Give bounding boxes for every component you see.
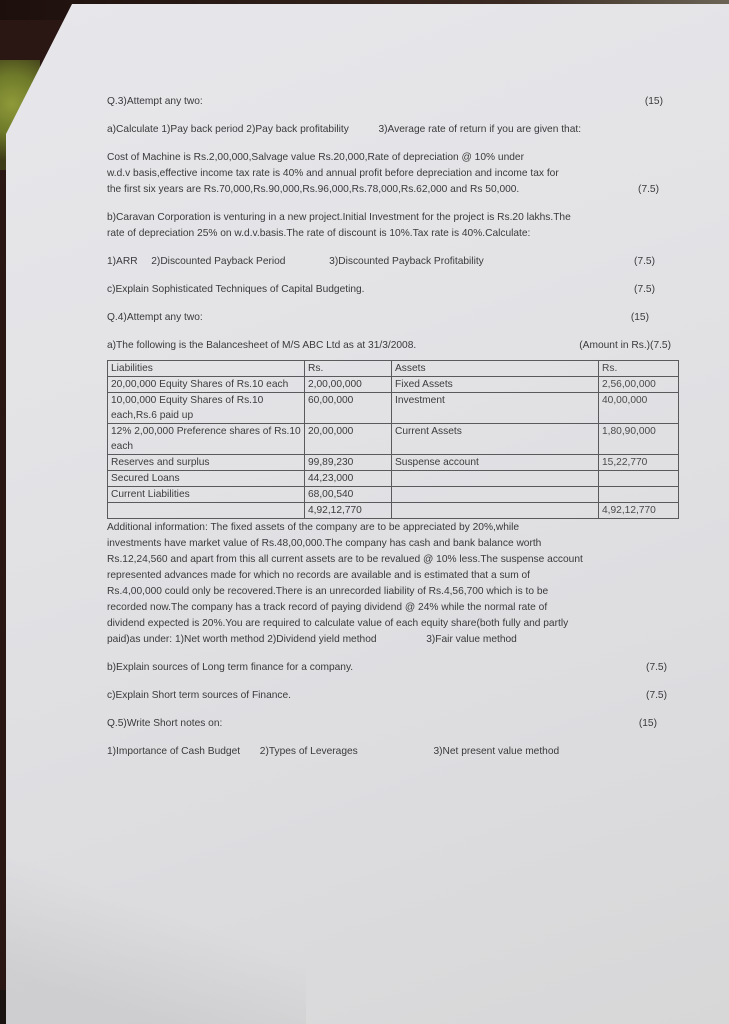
table-row: 20,00,000 Equity Shares of Rs.10 each2,0… (108, 377, 679, 393)
q3c-marks: (7.5) (634, 282, 655, 298)
q4b-row: b)Explain sources of Long term finance f… (107, 660, 677, 676)
balance-sheet-table: Liabilities Rs. Assets Rs. 20,00,000 Equ… (107, 360, 679, 519)
asset-amount (599, 471, 679, 487)
q3c-text: c)Explain Sophisticated Techniques of Ca… (107, 284, 365, 295)
asset-amount: 1,80,90,000 (599, 424, 679, 455)
liability-name: Secured Loans (108, 471, 305, 487)
header-liabilities: Liabilities (108, 361, 305, 377)
q3b-marks: (7.5) (634, 254, 655, 270)
q3c-row: c)Explain Sophisticated Techniques of Ca… (107, 282, 677, 298)
asset-amount: 4,92,12,770 (599, 503, 679, 519)
liability-amount: 2,00,00,000 (305, 377, 392, 393)
asset-name (392, 503, 599, 519)
header-liabilities-amount: Rs. (305, 361, 392, 377)
q3a-items-1-2: a)Calculate 1)Pay back period 2)Pay back… (107, 124, 349, 135)
asset-amount: 15,22,770 (599, 455, 679, 471)
q3b-text-line-2: rate of depreciation 25% on w.d.v.basis.… (107, 226, 677, 242)
liability-name (108, 503, 305, 519)
q3a-instruction: a)Calculate 1)Pay back period 2)Pay back… (107, 122, 677, 138)
q5-marks: (15) (639, 716, 657, 732)
q4a-marks: (Amount in Rs.)(7.5) (579, 338, 671, 354)
table-header-row: Liabilities Rs. Assets Rs. (108, 361, 679, 377)
q5-items: 1)Importance of Cash Budget 2)Types of L… (107, 744, 677, 760)
q5-heading: Q.5)Write Short notes on: (107, 718, 222, 729)
additional-info-line-7: dividend expected is 20%.You are require… (107, 616, 677, 632)
q3b-text-line-1: b)Caravan Corporation is venturing in a … (107, 210, 677, 226)
asset-name: Investment (392, 393, 599, 424)
q3a-marks: (7.5) (638, 182, 659, 198)
q4a-row: a)The following is the Balancesheet of M… (107, 338, 677, 354)
liability-amount: 99,89,230 (305, 455, 392, 471)
q4b-text: b)Explain sources of Long term finance f… (107, 662, 353, 673)
table-row: 10,00,000 Equity Shares of Rs.10 each,Rs… (108, 393, 679, 424)
q4a-methods-1-2: paid)as under: 1)Net worth method 2)Divi… (107, 634, 377, 645)
liability-name: 20,00,000 Equity Shares of Rs.10 each (108, 377, 305, 393)
asset-name: Current Assets (392, 424, 599, 455)
liability-amount: 60,00,000 (305, 393, 392, 424)
exam-content: Q.3)Attempt any two: (15) a)Calculate 1)… (107, 94, 677, 760)
asset-name (392, 487, 599, 503)
additional-info-line-1: Additional information: The fixed assets… (107, 520, 677, 536)
q4c-marks: (7.5) (646, 688, 667, 704)
q4-marks: (15) (631, 310, 649, 326)
q3a-text-line-3: the first six years are Rs.70,000,Rs.90,… (107, 182, 677, 198)
liability-name: Reserves and surplus (108, 455, 305, 471)
q4c-text: c)Explain Short term sources of Finance. (107, 690, 291, 701)
q5-item-2: 2)Types of Leverages (260, 746, 358, 757)
liability-amount: 20,00,000 (305, 424, 392, 455)
q5-heading-row: Q.5)Write Short notes on: (15) (107, 716, 677, 732)
asset-name: Suspense account (392, 455, 599, 471)
table-row: Secured Loans44,23,000 (108, 471, 679, 487)
q3b-item-1: 1)ARR (107, 256, 138, 267)
asset-amount: 2,56,00,000 (599, 377, 679, 393)
additional-info-line-6: recorded now.The company has a track rec… (107, 600, 677, 616)
additional-info-line-5: Rs.4,00,000 could only be recovered.Ther… (107, 584, 677, 600)
q5-item-3: 3)Net present value method (433, 746, 559, 757)
additional-info-line-2: investments have market value of Rs.48,0… (107, 536, 677, 552)
q3a-text: the first six years are Rs.70,000,Rs.90,… (107, 184, 519, 195)
liability-amount: 44,23,000 (305, 471, 392, 487)
q4-heading: Q.4)Attempt any two: (107, 312, 203, 323)
q3-marks: (15) (645, 94, 663, 110)
q3a-text-line-2: w.d.v basis,effective income tax rate is… (107, 166, 677, 182)
q3a-item-3: 3)Average rate of return if you are give… (378, 124, 581, 135)
q4a-text: a)The following is the Balancesheet of M… (107, 340, 416, 351)
q3-heading: Q.3)Attempt any two: (107, 96, 203, 107)
q3-heading-row: Q.3)Attempt any two: (15) (107, 94, 677, 110)
q4-heading-row: Q.4)Attempt any two: (15) (107, 310, 677, 326)
additional-info-line-4: represented advances made for which no r… (107, 568, 677, 584)
header-assets: Assets (392, 361, 599, 377)
q3b-item-2: 2)Discounted Payback Period (151, 256, 285, 267)
liability-amount: 68,00,540 (305, 487, 392, 503)
additional-info-line-3: Rs.12,24,560 and apart from this all cur… (107, 552, 677, 568)
liability-name: 10,00,000 Equity Shares of Rs.10 each,Rs… (108, 393, 305, 424)
asset-amount: 40,00,000 (599, 393, 679, 424)
q5-item-1: 1)Importance of Cash Budget (107, 746, 240, 757)
paper-shadow (6, 844, 306, 1024)
asset-name: Fixed Assets (392, 377, 599, 393)
q4a-method-3: 3)Fair value method (426, 634, 517, 645)
q4c-row: c)Explain Short term sources of Finance.… (107, 688, 677, 704)
table-row: 12% 2,00,000 Preference shares of Rs.10 … (108, 424, 679, 455)
table-row: Current Liabilities68,00,540 (108, 487, 679, 503)
liability-name: Current Liabilities (108, 487, 305, 503)
asset-amount (599, 487, 679, 503)
table-row: 4,92,12,7704,92,12,770 (108, 503, 679, 519)
q3b-items: 1)ARR 2)Discounted Payback Period 3)Disc… (107, 254, 677, 270)
q3b-item-3: 3)Discounted Payback Profitability (329, 256, 484, 267)
header-assets-amount: Rs. (599, 361, 679, 377)
q4b-marks: (7.5) (646, 660, 667, 676)
q3a-text-line-1: Cost of Machine is Rs.2,00,000,Salvage v… (107, 150, 677, 166)
additional-info-last-line: paid)as under: 1)Net worth method 2)Divi… (107, 632, 677, 648)
asset-name (392, 471, 599, 487)
liability-name: 12% 2,00,000 Preference shares of Rs.10 … (108, 424, 305, 455)
liability-amount: 4,92,12,770 (305, 503, 392, 519)
table-row: Reserves and surplus99,89,230Suspense ac… (108, 455, 679, 471)
